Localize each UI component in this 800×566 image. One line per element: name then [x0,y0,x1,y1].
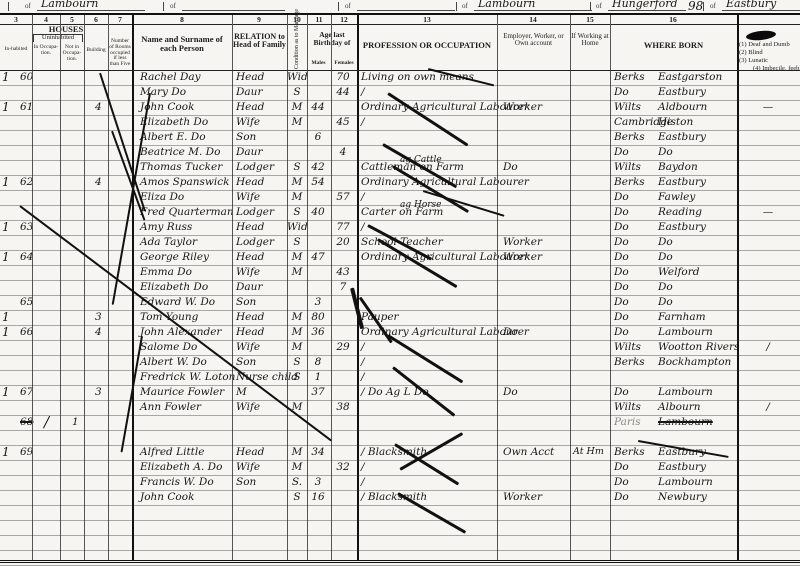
born-place: Do [658,295,736,310]
age-male: 3 [307,295,329,310]
table-row: 13Tom YoungHeadM80PauperDoFarnham [0,310,800,325]
age-male: 34 [307,445,329,460]
age-male: 80 [307,310,329,325]
row-rule [0,235,800,236]
column-rule [331,15,332,560]
age-female: 29 [331,340,355,355]
condition-value: M [287,310,307,325]
column-rule [737,15,739,560]
condition-value: M [287,190,307,205]
row-rule [0,325,800,326]
person-name: Francis W. Do [140,475,235,490]
schedule-number: 67 [20,385,56,400]
inhabited-mark: 1 [2,310,30,325]
age-female: 45 [331,115,355,130]
rooms-header: Number of Rooms occupied if less than Fi… [109,39,131,68]
born-place: Eastbury [658,85,736,100]
blank-line [357,10,455,11]
born-place: Histon [658,115,736,130]
condition-value: Wid [287,220,307,235]
relation-value: Lodger [236,160,288,175]
born-county: Paris [614,415,660,430]
occupation-value: / Blacksmith [361,490,497,505]
column-number: 16 [669,15,677,24]
infirmity-line: (1) Deaf and Dumb [739,41,800,49]
uninhabited-mark: / [44,415,66,430]
top-margin-strip: ofLambournofofofLambournofHungerfordofEa… [0,0,800,13]
employer-header: Employer, Worker, or Own account [499,33,568,48]
born-county: Do [614,385,660,400]
born-place: Do [658,235,736,250]
column-rule [232,15,233,560]
infirmity-mark: / [740,400,796,415]
person-name: Elizabeth Do [140,115,235,130]
relation-value: Head [236,70,288,85]
table-row [0,535,800,550]
row-rule [0,295,800,296]
boundary-of-segment: ofHungerford [596,0,686,13]
person-name: Ann Fowler [140,400,235,415]
condition-value: S [287,235,307,250]
at-home-header: If Working at Home [571,33,609,48]
table-row [0,505,800,520]
born-county: Do [614,490,660,505]
condition-value: S [287,205,307,220]
relation-value: Head [236,250,288,265]
condition-header: Condition as to Marriage [294,27,300,69]
age-male: 6 [307,130,329,145]
condition-value: M [287,175,307,190]
column-number: 9 [257,15,261,24]
condition-value: S [287,490,307,505]
column-number-row: 345678910111213141516 [0,15,800,25]
age-male: 1 [307,370,329,385]
table-row [0,520,800,535]
schedule-number: 66 [20,325,56,340]
row-rule [0,220,800,221]
table-row: 160Rachel DayHeadWid70Living on own mean… [0,70,800,85]
infirmity-line: (2) Blind [739,49,800,57]
row-rule [0,160,800,161]
infirmity-mark: / [740,340,796,355]
rooms-count: 4 [95,175,125,190]
table-row: 163Amy RussHeadWid77/ DoEastbury [0,220,800,235]
occupation-value: Living on own means [361,70,497,85]
person-name: Albert E. Do [140,130,235,145]
relation-value: Head [236,100,288,115]
person-name: Fred Quarterman [140,205,235,220]
person-name: Emma Do [140,265,235,280]
column-rule [132,15,134,560]
column-number: 4 [44,15,48,24]
person-name: Ada Taylor [140,235,235,250]
condition-value: M [287,445,307,460]
relation-value: Son [236,130,288,145]
schedule-number: 61 [20,100,56,115]
blank-line [474,10,592,11]
males-subheader: Males [307,61,330,67]
age-male: 3 [307,475,329,490]
condition-value: M [287,265,307,280]
census-table: 345678910111213141516 HOUSES In-habited … [0,13,800,563]
born-county: Wilts [614,100,660,115]
condition-value: M [287,250,307,265]
table-row: Albert W. DoSonS8/ BerksBockhampton [0,355,800,370]
employer-value: Own Acct [503,445,569,460]
table-row: 1664John AlexanderHeadM36Ordinary Agricu… [0,325,800,340]
age-female: 38 [331,400,355,415]
boundary-name: Hungerford [612,0,678,10]
relation-value: Wife [236,460,288,475]
profession-header: PROFESSION OR OCCUPATION [360,41,494,50]
born-county: Berks [614,130,660,145]
blank-line [182,10,285,11]
in-occupation-header: In Occupa-tion. [33,45,59,57]
person-name: Amos Spanswick [140,175,235,190]
relation-value: Nurse child [236,370,288,385]
person-name: Eliza Do [140,190,235,205]
born-county: Do [614,190,660,205]
age-male: 16 [307,490,329,505]
row-rule [0,430,800,431]
schedule-number: 69 [20,445,56,460]
table-row: 68/1ParisLambourn [0,415,800,430]
born-place: Aldbourn [658,100,736,115]
born-place: Lambourn [658,475,736,490]
person-name: Tom Young [140,310,235,325]
condition-value: S [287,160,307,175]
rooms-count: 3 [95,310,125,325]
column-number: 5 [70,15,74,24]
born-county: Do [614,265,660,280]
born-place: Reading [658,205,736,220]
row-rule [0,115,800,116]
born-place: Welford [658,265,736,280]
age-female: 32 [331,460,355,475]
age-male: 36 [307,325,329,340]
born-county: Do [614,325,660,340]
relation-value: Wife [236,115,288,130]
born-place: Do [658,280,736,295]
born-place: Wootton Rivers [658,340,736,355]
born-county: Berks [614,70,660,85]
relation-value: Son [236,475,288,490]
condition-value: M [287,340,307,355]
born-county: Do [614,295,660,310]
condition-value: M [287,115,307,130]
person-name: Salome Do [140,340,235,355]
blank-line [722,10,800,11]
schedule-number: 65 [20,295,56,310]
row-rule [0,385,800,386]
age-female: 77 [331,220,355,235]
relation-value: Lodger [236,235,288,250]
row-rule [0,535,800,536]
born-county: Do [614,235,660,250]
females-subheader: Females [332,61,356,67]
relation-value: Head [236,310,288,325]
table-row: Mary DoDaurS44/ DoEastbury [0,85,800,100]
born-county: Do [614,220,660,235]
column-rule [84,15,85,560]
boundary-name: Eastbury [726,0,776,10]
boundary-of-segment: ofLambourn [462,0,592,13]
relation-value: Wife [236,265,288,280]
houses-header: HOUSES [20,25,112,34]
age-female: 70 [331,70,355,85]
occupation-value: / [361,475,497,490]
column-rule [497,15,498,560]
person-name: Fredrick W. Loton [140,370,235,385]
employer-value: Worker [503,235,569,250]
where-born-header: WHERE BORN [612,41,735,50]
born-place: Newbury [658,490,736,505]
column-number: 8 [180,15,184,24]
divider-tick [8,2,9,11]
boundary-of-segment: ofEastbury [710,0,800,13]
condition-value: M [287,100,307,115]
row-rule [0,520,800,521]
ink-smudge [746,29,777,41]
table-row: 1673Maurice FowlerM37/ Do Ag L DoDoDoLam… [0,385,800,400]
at-home-value: At Hm [573,445,609,460]
occupation-value: / [361,340,497,355]
of-label: of [345,2,351,10]
row-rule [0,205,800,206]
boundary-of-segment: of [345,0,455,13]
person-name: John Cook [140,100,235,115]
condition-value: S [287,370,307,385]
born-county: Do [614,460,660,475]
age-male: 44 [307,100,329,115]
table-row: Ann FowlerWifeM38WiltsAlbourn/ [0,400,800,415]
condition-value: S. [287,475,307,490]
column-number: 15 [586,15,594,24]
of-label: of [462,2,468,10]
person-name: Mary Do [140,85,235,100]
infirmity-line: (3) Lunatic [739,57,800,65]
occupation-value: Pauper [361,310,497,325]
age-female: 20 [331,235,355,250]
person-name: Beatrice M. Do [140,145,235,160]
table-row: Fred QuartermanLodgerS40Carter on Farmag… [0,205,800,220]
person-name: Elizabeth A. Do [140,460,235,475]
born-county: Berks [614,445,660,460]
person-name: Elizabeth Do [140,280,235,295]
column-rule [357,15,359,560]
occupation-value: Ordinary Agricultural Labourer [361,100,497,115]
condition-value: M [287,460,307,475]
column-rule [307,15,308,560]
relation-value: Lodger [236,205,288,220]
age-female: 44 [331,85,355,100]
column-rule [32,15,33,560]
divider-tick [338,2,339,11]
born-place: Do [658,250,736,265]
divider-tick [163,2,164,11]
row-rule [0,85,800,86]
schedule-number: 62 [20,175,56,190]
born-county: Do [614,310,660,325]
relation-value: Wife [236,190,288,205]
relation-value: Daur [236,145,288,160]
column-number: 13 [423,15,431,24]
employer-value: Do [503,325,569,340]
schedule-number: 64 [20,250,56,265]
relation-value: Head [236,220,288,235]
infirmity-mark: — [740,100,796,115]
table-row: 1624Amos SpanswickHeadM54Ordinary Agricu… [0,175,800,190]
column-rule [570,15,571,560]
born-county: Wilts [614,160,660,175]
row-rule [0,400,800,401]
relation-value: Head [236,325,288,340]
infirmity-header: (1) Deaf and Dumb (2) Blind (3) Lunatic … [739,41,800,74]
born-county: Do [614,205,660,220]
person-name: George Riley [140,250,235,265]
row-rule [0,550,800,551]
divider-tick [456,2,457,11]
born-county: Wilts [614,340,660,355]
row-rule [0,460,800,461]
age-female: 57 [331,190,355,205]
row-rule [0,70,800,71]
born-place: Lambourn [658,385,736,400]
employer-value: Do [503,385,569,400]
row-rule [0,355,800,356]
infirmity-mark: — [740,205,796,220]
age-male: 47 [307,250,329,265]
rooms-count: 3 [95,385,125,400]
blank-line [37,10,145,11]
condition-value: Wid [287,70,307,85]
occupation-value: / [361,85,497,100]
boundary-name: Lambourn [478,0,535,10]
age-female: 43 [331,265,355,280]
boundary-name: Lambourn [41,0,98,10]
column-number: 12 [340,15,348,24]
of-label: of [710,2,716,10]
born-place: Eastbury [658,460,736,475]
row-rule [0,505,800,506]
employer-value: Do [503,160,569,175]
column-number: 3 [14,15,18,24]
relation-value: Wife [236,340,288,355]
row-rule [0,190,800,191]
column-rule [287,15,288,560]
table-row: Elizabeth DoWifeM45/ CambridgeHiston [0,115,800,130]
column-number: 7 [118,15,122,24]
column-number: 6 [94,15,98,24]
born-county: Do [614,145,660,160]
table-row: 65Edward W. DoSon3DoDo [0,295,800,310]
building-mark: 1 [72,415,92,430]
relation-value: Son [236,295,288,310]
relation-value: Daur [236,85,288,100]
person-name: Amy Russ [140,220,235,235]
table-row [0,430,800,445]
column-rule [60,15,61,560]
row-rule [0,145,800,146]
born-place: Eastgarston [658,70,736,85]
born-place: Eastbury [658,130,736,145]
of-label: of [170,2,176,10]
age-male: 42 [307,160,329,175]
relation-value: Daur [236,280,288,295]
uninhabited-header: Uninhabited [33,34,83,42]
condition-value: S [287,355,307,370]
age-male: 37 [307,385,329,400]
person-name: Maurice Fowler [140,385,235,400]
born-place: Farnham [658,310,736,325]
employer-value: Worker [503,490,569,505]
person-name: John Cook [140,490,235,505]
table-row: Thomas TuckerLodgerS42Cattleman on Farma… [0,160,800,175]
age-female: 4 [331,145,355,160]
column-rule [610,15,611,560]
boundary-of-segment: of [170,0,285,13]
condition-value: M [287,325,307,340]
schedule-number: 60 [20,70,56,85]
inhabited-header: In-habited [1,47,31,53]
rooms-count: 4 [95,325,125,340]
born-place: Bockhampton [658,355,736,370]
blank-line [608,10,686,11]
born-place: Baydon [658,160,736,175]
building-header: Building [85,48,107,54]
row-rule [0,310,800,311]
person-name: Alfred Little [140,445,235,460]
born-county: Wilts [614,400,660,415]
not-in-occupation-header: Not in Occupa-tion. [61,45,83,62]
name-header: Name and Surname of each Person [134,35,230,53]
born-place: Do [658,145,736,160]
relation-value: Son [236,355,288,370]
person-name: Thomas Tucker [140,160,235,175]
column-number: 11 [315,15,322,24]
boundary-of-segment: ofLambourn [25,0,145,13]
age-male: 8 [307,355,329,370]
born-place: Eastbury [658,220,736,235]
employer-value: Worker [503,100,569,115]
born-place: Lambourn [658,325,736,340]
age-male: 40 [307,205,329,220]
column-number: 14 [529,15,537,24]
occupation-value: / [361,370,497,385]
page-number: 98 [688,0,703,13]
row-rule [0,490,800,491]
born-county: Berks [614,355,660,370]
born-county: Berks [614,175,660,190]
census-sheet: ofLambournofofofLambournofHungerfordofEa… [0,0,800,566]
age-header: Age last Birthday of [308,31,356,47]
born-county: Cambridge [614,115,660,130]
condition-value: S [287,85,307,100]
row-rule [0,175,800,176]
person-name: Rachel Day [140,70,235,85]
of-label: of [25,2,31,10]
row-rule [0,475,800,476]
age-male: 54 [307,175,329,190]
born-county: Do [614,475,660,490]
born-county: Do [614,250,660,265]
born-county: Do [614,280,660,295]
born-county: Do [614,85,660,100]
born-place: Eastbury [658,175,736,190]
born-place: Albourn [658,400,736,415]
row-rule [0,415,800,416]
of-label: of [596,2,602,10]
